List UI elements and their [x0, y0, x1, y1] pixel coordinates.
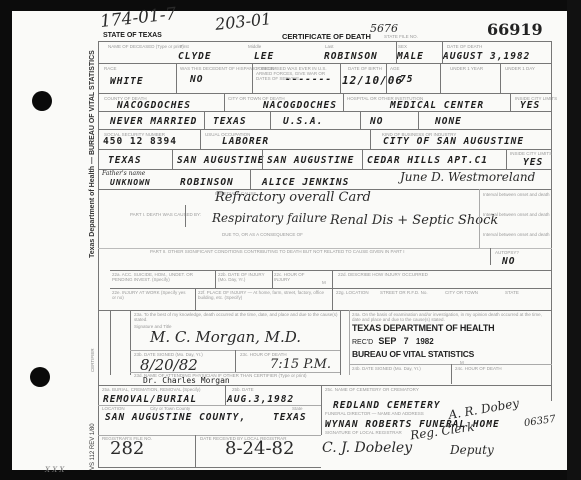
- due-to-label: DUE TO, OR AS A CONSEQUENCE OF: [222, 232, 303, 237]
- date-received: 8-24-82: [225, 438, 294, 459]
- manner-label: 22a. ACC. SUICIDE, HOM., UNDET. OR PENDI…: [112, 272, 212, 282]
- usual-occupation: LABORER: [222, 136, 269, 147]
- surviving-spouse: NO: [370, 116, 383, 127]
- stamp-received: REC'D SEP 7 1982: [352, 336, 434, 346]
- residence-city: SAN AUGUSTINE: [267, 155, 354, 166]
- race-label: RACE: [104, 66, 117, 71]
- me-date-label: 24b. DATE SIGNED (Mo. Day, Yr.): [352, 366, 421, 371]
- injury-hour-label: 22c. HOUR OF INJURY: [274, 272, 314, 282]
- part2-label: PART II. OTHER SIGNIFICANT CONDITIONS CO…: [150, 249, 405, 254]
- county-of-death: NACOGDOCHES: [117, 100, 191, 111]
- under-1-day-label: UNDER 1 DAY: [505, 66, 535, 71]
- first-label: First: [180, 44, 189, 49]
- punch-hole-top: [32, 91, 52, 111]
- certificate-number: 66919: [487, 20, 543, 39]
- me-hour-label: 24c. HOUR OF DEATH: [455, 366, 502, 371]
- bottom-initials: X X X: [45, 466, 64, 474]
- stamp-line-1: TEXAS DEPARTMENT OF HEALTH: [352, 323, 494, 333]
- birthplace: TEXAS: [213, 116, 247, 127]
- certifier-signature: M. C. Morgan, M.D.: [150, 328, 301, 346]
- decedent-age: 75: [400, 74, 413, 85]
- hispanic-origin: NO: [190, 74, 203, 85]
- cemetery-label: 25c. NAME OF CEMETERY OR CREMATORY: [325, 387, 419, 392]
- marital-status: NEVER MARRIED: [110, 116, 197, 127]
- armed-forces: -------: [285, 74, 332, 85]
- cause-line-c: Renal Dis + Septic Shock: [330, 213, 498, 228]
- funeral-director-label: FUNERAL DIRECTOR — NAME AND ADDRESS: [325, 411, 424, 416]
- stamp-month: SEP: [378, 336, 396, 346]
- date-of-death-label: DATE OF DEATH: [447, 44, 482, 49]
- state-file-label: STATE FILE NO.: [384, 34, 418, 39]
- industry: CITY OF SAN AUGUSTINE: [383, 136, 524, 147]
- attending-physician: Dr. Charles Morgan: [143, 376, 230, 385]
- state-label: STATE: [505, 290, 519, 295]
- disposition-date-label: 25b. DATE: [232, 387, 254, 392]
- scan-edge: [567, 0, 581, 480]
- side-section-label: CERTIFIER: [90, 348, 95, 372]
- state-heading: STATE OF TEXAS: [103, 32, 162, 39]
- stamp-received-prefix: REC'D: [352, 339, 373, 346]
- injury-date-label: 22b. DATE OF INJURY (Mo. Day, Yr.): [218, 272, 268, 282]
- interval-label-b: Interval between onset and death: [483, 212, 550, 217]
- stamp-day: 7: [404, 336, 409, 346]
- me-statement: 24a. On the basis of examination and/or …: [352, 312, 542, 322]
- disposition-location-label: LOCATION: [102, 406, 125, 411]
- social-security-number: 450 12 8394: [103, 136, 177, 147]
- injury-how-label: 22d. DESCRIBE HOW INJURY OCCURRED: [338, 272, 428, 277]
- registrar-signature: C. J. Dobeley: [322, 440, 412, 456]
- hospital-name: MEDICAL CENTER: [390, 100, 484, 111]
- certifier-statement: 23a. To the best of my knowledge, death …: [134, 312, 344, 322]
- father-note: Father's name: [102, 170, 145, 177]
- last-label: Last: [325, 44, 334, 49]
- cemetery-name: REDLAND CEMETERY: [333, 400, 441, 411]
- citizenship: U.S.A.: [283, 116, 323, 127]
- injury-hour-suffix: M: [322, 280, 326, 285]
- autopsy-answer: NO: [502, 256, 515, 267]
- informant-signature: June D. Westmoreland: [400, 170, 535, 184]
- decedent-race: WHITE: [110, 76, 144, 87]
- cause-line-a: Refractory overall Card: [215, 190, 371, 205]
- hour-of-death: 7:15 P.M.: [270, 357, 331, 372]
- inside-city-limits: YES: [520, 100, 540, 111]
- side-agency-text: Texas Department of Health — BUREAU OF V…: [89, 50, 96, 258]
- interval-label-c: Interval between onset and death: [483, 232, 550, 237]
- part1-label: PART I. DEATH WAS CAUSED BY:: [130, 212, 201, 217]
- spouse-name: NONE: [435, 116, 462, 127]
- father-last-name: ROBINSON: [180, 177, 234, 188]
- middle-label: Middle: [248, 44, 261, 49]
- disposition-county: SAN AUGUSTINE COUNTY,: [105, 412, 246, 423]
- date-of-birth: 12/10/06: [342, 74, 403, 87]
- dob-label: DATE OF BIRTH: [348, 66, 382, 71]
- residence-street: CEDAR HILLS APT.C1: [367, 155, 488, 166]
- cause-line-b: Respiratory failure: [212, 211, 327, 225]
- city-label: CITY OR TOWN: [445, 290, 478, 295]
- decedent-sex: MALE: [397, 51, 424, 62]
- res-inside-label: INSIDE CITY LIMITS: [510, 151, 552, 156]
- registrar-file-number: 282: [110, 438, 144, 459]
- autopsy-label: AUTOPSY?: [495, 250, 519, 255]
- location-label: 22g. LOCATION: [336, 290, 369, 295]
- at-work-label: 22e. INJURY AT WORK (Specify yes or no): [112, 290, 187, 300]
- disposition-county-label: City or Town County: [150, 406, 190, 411]
- disposition-state-label: State: [292, 406, 303, 411]
- registrar-title: Deputy: [450, 443, 494, 457]
- residence-inside-city: YES: [523, 157, 543, 168]
- decedent-first-name: CLYDE: [178, 51, 212, 62]
- sex-label: SEX: [398, 44, 407, 49]
- name-label: NAME OF DECEASED (Type or print): [108, 44, 184, 49]
- father-first-name: UNKNOWN: [110, 178, 151, 187]
- punch-hole-bottom: [30, 367, 50, 387]
- disposition-method: REMOVAL/BURIAL: [103, 394, 197, 405]
- disposition-state: TEXAS: [273, 412, 307, 423]
- place-of-injury-label: 22f. PLACE OF INJURY — At home, farm, st…: [198, 290, 328, 300]
- date-of-death: AUGUST 3,1982: [443, 51, 530, 62]
- mother-maiden-name: ALICE JENKINS: [262, 177, 349, 188]
- decedent-middle-name: LEE: [254, 51, 274, 62]
- form-id: VS 112 REV 1/80: [90, 423, 96, 470]
- stamp-year: 1982: [416, 337, 434, 346]
- certificate-title: CERTIFICATE OF DEATH: [282, 32, 371, 41]
- disposition-date: AUG.3,1982: [227, 394, 294, 405]
- disposition-method-label: 25a. BURIAL, CREMATION, REMOVAL (Specify…: [102, 387, 200, 392]
- street-label: STREET OR R.F.D. No.: [380, 290, 428, 295]
- residence-state: TEXAS: [108, 155, 142, 166]
- registrar-signature-label: SIGNATURE OF LOCAL REGISTRAR: [325, 430, 402, 435]
- decedent-last-name: ROBINSON: [324, 51, 378, 62]
- stamp-line-3: BUREAU OF VITAL STATISTICS: [352, 349, 474, 359]
- age-label: AGE: [390, 66, 400, 71]
- interval-label-a: Interval between onset and death: [483, 192, 550, 197]
- residence-county: SAN AUGUSTINE: [177, 155, 264, 166]
- city-of-death: NACOGDOCHES: [263, 100, 337, 111]
- under-1-year-label: UNDER 1 YEAR: [450, 66, 483, 71]
